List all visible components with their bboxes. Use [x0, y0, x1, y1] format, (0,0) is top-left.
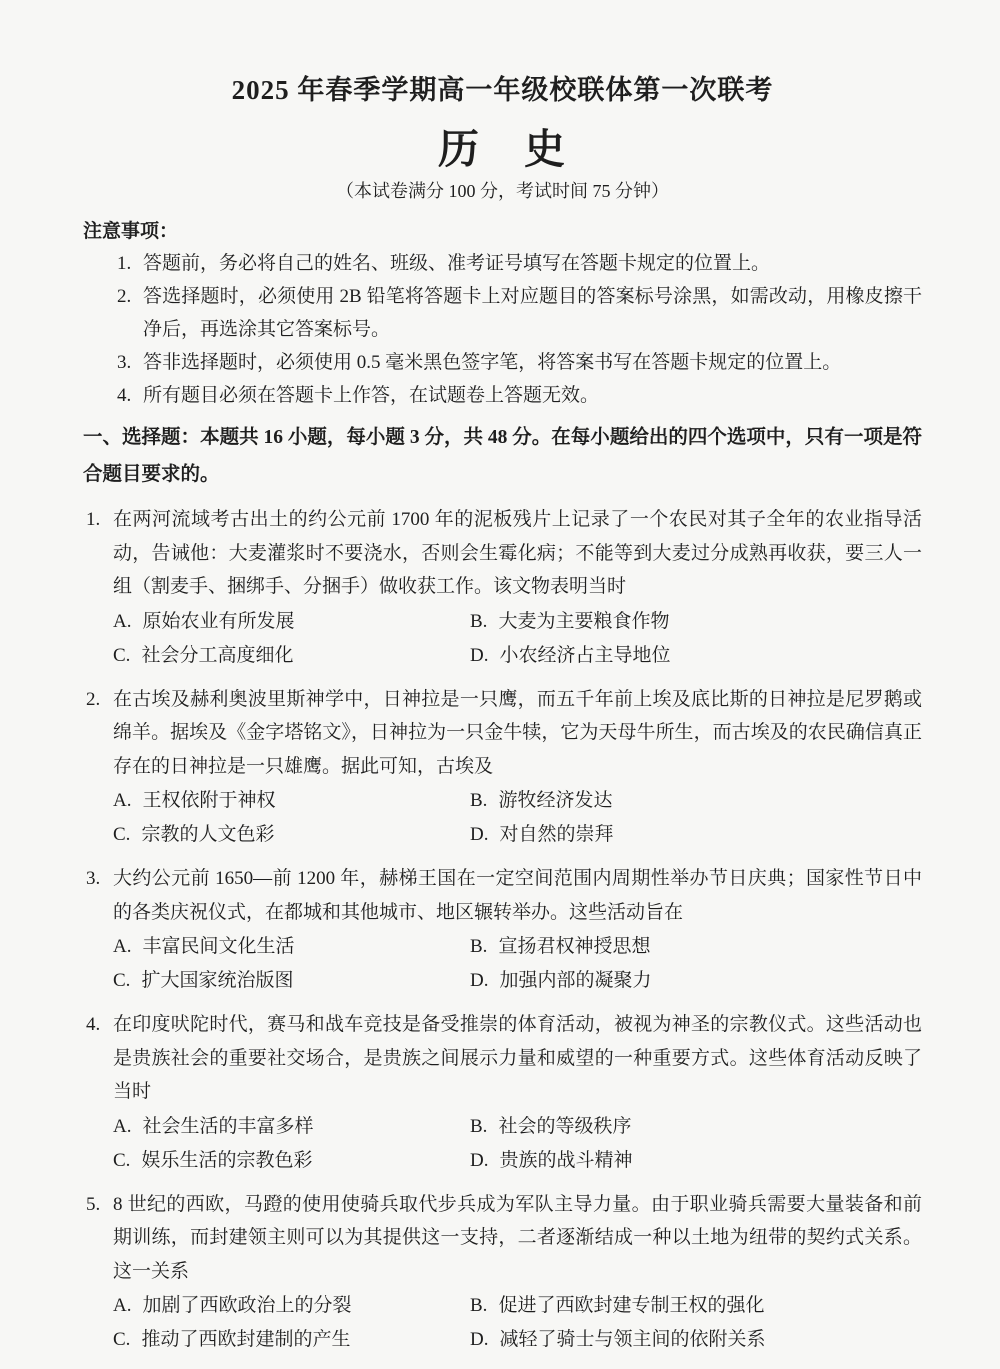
- options-group: A.丰富民间文化生活 B.宣扬君权神授思想 C.扩大国家统治版图 D.加强内部的…: [113, 930, 922, 998]
- option-a: A.原始农业有所发展: [113, 605, 470, 639]
- option-label: C.: [113, 1150, 130, 1171]
- option-a: A.王权依附于神权: [113, 784, 470, 818]
- notice-item-number: 4.: [117, 379, 131, 412]
- option-label: D.: [470, 645, 488, 666]
- option-text: 大麦为主要粮食作物: [498, 611, 669, 632]
- options-group: A.原始农业有所发展 B.大麦为主要粮食作物 C.社会分工高度细化 D.小农经济…: [113, 605, 922, 673]
- question-number: 4.: [86, 1008, 100, 1042]
- exam-paper-page: 2025 年春季学期高一年级校联体第一次联考 历 史 （本试卷满分 100 分，…: [0, 0, 1000, 1357]
- option-a: A.社会生活的丰富多样: [113, 1110, 470, 1144]
- notice-item: 2. 答选择题时，必须使用 2B 铅笔将答题卡上对应题目的答案标号涂黑，如需改动…: [83, 280, 922, 346]
- option-label: B.: [470, 936, 487, 957]
- option-d: D.加强内部的凝聚力: [470, 964, 922, 998]
- option-text: 加剧了西欧政治上的分裂: [142, 1295, 351, 1316]
- option-label: D.: [470, 1150, 488, 1171]
- options-row: A.加剧了西欧政治上的分裂 B.促进了西欧封建专制王权的强化: [113, 1289, 922, 1323]
- question-5: 5. 8 世纪的西欧，马蹬的使用使骑兵取代步兵成为军队主导力量。由于职业骑兵需要…: [83, 1188, 922, 1358]
- option-c: C.娱乐生活的宗教色彩: [113, 1144, 470, 1178]
- option-text: 社会生活的丰富多样: [142, 1116, 313, 1137]
- option-text: 推动了西欧封建制的产生: [141, 1329, 350, 1350]
- option-label: D.: [470, 970, 488, 991]
- option-d: D.小农经济占主导地位: [470, 639, 922, 673]
- notice-item: 3. 答非选择题时，必须使用 0.5 毫米黑色签字笔，将答案书写在答题卡规定的位…: [83, 346, 922, 379]
- question-stem: 8 世纪的西欧，马蹬的使用使骑兵取代步兵成为军队主导力量。由于职业骑兵需要大量装…: [113, 1188, 922, 1289]
- option-label: B.: [470, 1116, 487, 1137]
- question-stem: 大约公元前 1650—前 1200 年，赫梯王国在一定空间范围内周期性举办节日庆…: [113, 862, 922, 929]
- option-text: 小农经济占主导地位: [499, 645, 670, 666]
- question-2: 2. 在古埃及赫利奥波里斯神学中，日神拉是一只鹰，而五千年前上埃及底比斯的日神拉…: [83, 683, 922, 853]
- option-text: 社会分工高度细化: [141, 645, 293, 666]
- exam-title: 2025 年春季学期高一年级校联体第一次联考: [83, 72, 922, 108]
- paper-header: 2025 年春季学期高一年级校联体第一次联考 历 史 （本试卷满分 100 分，…: [83, 72, 922, 203]
- option-label: B.: [470, 790, 487, 811]
- question-number: 2.: [86, 683, 100, 717]
- notice-item-number: 3.: [117, 346, 131, 379]
- question-number: 3.: [86, 862, 100, 896]
- options-row: A.丰富民间文化生活 B.宣扬君权神授思想: [113, 930, 922, 964]
- notice-item-text: 答选择题时，必须使用 2B 铅笔将答题卡上对应题目的答案标号涂黑，如需改动，用橡…: [143, 286, 922, 340]
- notice-item: 4. 所有题目必须在答题卡上作答，在试题卷上答题无效。: [83, 379, 922, 412]
- option-label: A.: [113, 1116, 131, 1137]
- options-row: C.推动了西欧封建制的产生 D.减轻了骑士与领主间的依附关系: [113, 1323, 922, 1357]
- option-text: 贵族的战斗精神: [499, 1150, 632, 1171]
- option-text: 对自然的崇拜: [499, 824, 613, 845]
- notice-item-text: 所有题目必须在答题卡上作答，在试题卷上答题无效。: [143, 385, 599, 406]
- option-c: C.推动了西欧封建制的产生: [113, 1323, 470, 1357]
- option-text: 扩大国家统治版图: [141, 970, 293, 991]
- exam-meta: （本试卷满分 100 分，考试时间 75 分钟）: [83, 177, 922, 203]
- options-group: A.社会生活的丰富多样 B.社会的等级秩序 C.娱乐生活的宗教色彩 D.贵族的战…: [113, 1110, 922, 1178]
- options-row: A.社会生活的丰富多样 B.社会的等级秩序: [113, 1110, 922, 1144]
- option-label: D.: [470, 1329, 488, 1350]
- option-label: D.: [470, 824, 488, 845]
- question-3: 3. 大约公元前 1650—前 1200 年，赫梯王国在一定空间范围内周期性举办…: [83, 862, 922, 998]
- option-text: 减轻了骑士与领主间的依附关系: [499, 1329, 765, 1350]
- option-label: A.: [113, 611, 131, 632]
- option-label: B.: [470, 1295, 487, 1316]
- option-b: B.大麦为主要粮食作物: [470, 605, 922, 639]
- option-a: A.加剧了西欧政治上的分裂: [113, 1289, 470, 1323]
- subject-title: 历 史: [83, 116, 922, 175]
- question-stem: 在两河流域考古出土的约公元前 1700 年的泥板残片上记录了一个农民对其子全年的…: [113, 503, 922, 604]
- notice-item-number: 1.: [117, 247, 131, 280]
- notice-heading: 注意事项：: [83, 217, 922, 247]
- question-4: 4. 在印度吠陀时代，赛马和战车竞技是备受推崇的体育活动，被视为神圣的宗教仪式。…: [83, 1008, 922, 1178]
- options-row: C.宗教的人文色彩 D.对自然的崇拜: [113, 818, 922, 852]
- question-stem: 在印度吠陀时代，赛马和战车竞技是备受推崇的体育活动，被视为神圣的宗教仪式。这些活…: [113, 1008, 922, 1109]
- option-text: 促进了西欧封建专制王权的强化: [498, 1295, 764, 1316]
- options-row: C.社会分工高度细化 D.小农经济占主导地位: [113, 639, 922, 673]
- options-group: A.加剧了西欧政治上的分裂 B.促进了西欧封建专制王权的强化 C.推动了西欧封建…: [113, 1289, 922, 1357]
- option-d: D.对自然的崇拜: [470, 818, 922, 852]
- option-c: C.社会分工高度细化: [113, 639, 470, 673]
- option-label: A.: [113, 936, 131, 957]
- option-b: B.社会的等级秩序: [470, 1110, 922, 1144]
- option-text: 加强内部的凝聚力: [499, 970, 651, 991]
- notice-item-text: 答非选择题时，必须使用 0.5 毫米黑色签字笔，将答案书写在答题卡规定的位置上。: [143, 352, 841, 373]
- option-label: B.: [470, 611, 487, 632]
- notice-item: 1. 答题前，务必将自己的姓名、班级、准考证号填写在答题卡规定的位置上。: [83, 247, 922, 280]
- option-text: 原始农业有所发展: [142, 611, 294, 632]
- option-d: D.贵族的战斗精神: [470, 1144, 922, 1178]
- question-number: 1.: [86, 503, 100, 537]
- option-b: B.游牧经济发达: [470, 784, 922, 818]
- option-text: 社会的等级秩序: [498, 1116, 631, 1137]
- question-1: 1. 在两河流域考古出土的约公元前 1700 年的泥板残片上记录了一个农民对其子…: [83, 503, 922, 673]
- section-heading-multiple-choice: 一、选择题：本题共 16 小题，每小题 3 分，共 48 分。在每小题给出的四个…: [83, 419, 922, 493]
- question-number: 5.: [86, 1188, 100, 1222]
- options-row: A.原始农业有所发展 B.大麦为主要粮食作物: [113, 605, 922, 639]
- notice-item-text: 答题前，务必将自己的姓名、班级、准考证号填写在答题卡规定的位置上。: [143, 253, 770, 274]
- option-label: C.: [113, 645, 130, 666]
- option-b: B.促进了西欧封建专制王权的强化: [470, 1289, 922, 1323]
- options-row: C.娱乐生活的宗教色彩 D.贵族的战斗精神: [113, 1144, 922, 1178]
- option-text: 游牧经济发达: [498, 790, 612, 811]
- notice-section: 注意事项： 1. 答题前，务必将自己的姓名、班级、准考证号填写在答题卡规定的位置…: [83, 217, 922, 412]
- notice-item-number: 2.: [117, 280, 131, 313]
- option-label: A.: [113, 790, 131, 811]
- option-text: 娱乐生活的宗教色彩: [141, 1150, 312, 1171]
- question-stem: 在古埃及赫利奥波里斯神学中，日神拉是一只鹰，而五千年前上埃及底比斯的日神拉是尼罗…: [113, 683, 922, 784]
- options-row: A.王权依附于神权 B.游牧经济发达: [113, 784, 922, 818]
- option-label: A.: [113, 1295, 131, 1316]
- options-row: C.扩大国家统治版图 D.加强内部的凝聚力: [113, 964, 922, 998]
- options-group: A.王权依附于神权 B.游牧经济发达 C.宗教的人文色彩 D.对自然的崇拜: [113, 784, 922, 852]
- option-label: C.: [113, 970, 130, 991]
- option-text: 宣扬君权神授思想: [498, 936, 650, 957]
- option-text: 宗教的人文色彩: [141, 824, 274, 845]
- option-text: 丰富民间文化生活: [142, 936, 294, 957]
- option-a: A.丰富民间文化生活: [113, 930, 470, 964]
- option-c: C.宗教的人文色彩: [113, 818, 470, 852]
- option-text: 王权依附于神权: [142, 790, 275, 811]
- option-b: B.宣扬君权神授思想: [470, 930, 922, 964]
- option-label: C.: [113, 1329, 130, 1350]
- option-label: C.: [113, 824, 130, 845]
- option-d: D.减轻了骑士与领主间的依附关系: [470, 1323, 922, 1357]
- option-c: C.扩大国家统治版图: [113, 964, 470, 998]
